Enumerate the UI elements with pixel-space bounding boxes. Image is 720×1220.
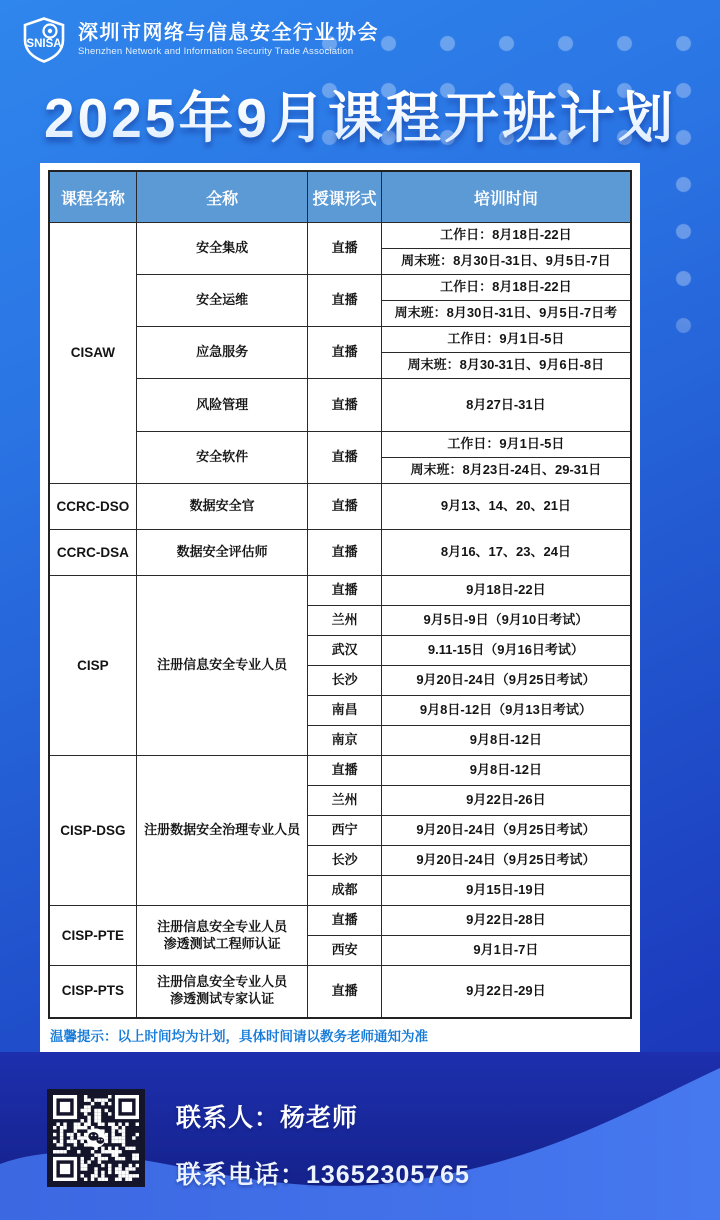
time-cell: 9月20日-24日（9月25日考试） [381,846,631,876]
time-cell: 周末班：8月30日-31日、9月5日-7日考 [381,301,631,327]
course-name-cell: 安全运维 [136,275,308,327]
time-cell: 工作日：8月18日-22日 [381,275,631,301]
course-name-cell: 注册信息安全专业人员 [136,576,308,756]
org-name-cn: 深圳市网络与信息安全行业协会 [78,22,379,45]
course-code-cell: CISAW [49,223,136,484]
format-cell: 直播 [308,275,381,327]
course-name-cell: 数据安全官 [136,484,308,530]
time-cell: 工作日：9月1日-5日 [381,327,631,353]
time-cell: 9月8日-12日 [381,756,631,786]
format-cell: 直播 [308,327,381,379]
table-row: CCRC-DSA数据安全评估师直播8月16、17、23、24日 [49,530,631,576]
table-row: 应急服务直播工作日：9月1日-5日 [49,327,631,353]
format-cell: 西宁 [308,816,381,846]
course-name-cell: 安全集成 [136,223,308,275]
qr-code [47,1089,145,1187]
contact-person: 联系人：杨老师 [176,1098,358,1134]
table-row: CCRC-DSO数据安全官直播9月13、14、20、21日 [49,484,631,530]
format-cell: 南京 [308,726,381,756]
course-code-cell: CISP-PTE [49,906,136,966]
brand-bar: SNISA 深圳市网络与信息安全行业协会 Shenzhen Network an… [20,16,379,64]
notice-text: 温馨提示：以上时间均为计划，具体时间请以教务老师通知为准 [48,1025,632,1045]
course-code-cell: CISP-DSG [49,756,136,906]
schedule-panel: 课程名称全称授课形式培训时间 CISAW安全集成直播工作日：8月18日-22日周… [40,163,640,1062]
time-cell: 周末班：8月30日-31日、9月5日-7日 [381,249,631,275]
column-header-3: 培训时间 [381,171,631,223]
format-cell: 直播 [308,576,381,606]
page-title: 2025年9月课程开班计划 [0,74,720,153]
time-cell: 9月22日-29日 [381,966,631,1018]
poster: SNISA 深圳市网络与信息安全行业协会 Shenzhen Network an… [0,0,720,1220]
format-cell: 直播 [308,432,381,484]
time-cell: 9月1日-7日 [381,936,631,966]
time-cell: 9月13、14、20、21日 [381,484,631,530]
format-cell: 武汉 [308,636,381,666]
table-row: CISAW安全集成直播工作日：8月18日-22日 [49,223,631,249]
snisa-shield-logo-icon: SNISA [20,16,68,64]
column-header-0: 课程名称 [49,171,136,223]
course-name-cell: 安全软件 [136,432,308,484]
course-code-cell: CCRC-DSO [49,484,136,530]
format-cell: 长沙 [308,846,381,876]
table-row: CISP注册信息安全专业人员直播9月18日-22日 [49,576,631,606]
course-code-cell: CCRC-DSA [49,530,136,576]
format-cell: 直播 [308,530,381,576]
course-name-cell: 注册信息安全专业人员渗透测试专家认证 [136,966,308,1018]
course-name-cell: 应急服务 [136,327,308,379]
org-name-en: Shenzhen Network and Information Securit… [78,47,379,58]
format-cell: 长沙 [308,666,381,696]
time-cell: 9月20日-24日（9月25日考试） [381,666,631,696]
time-cell: 9月5日-9日（9月10日考试） [381,606,631,636]
table-row: 安全软件直播工作日：9月1日-5日 [49,432,631,458]
time-cell: 周末班：8月23日-24日、29-31日 [381,458,631,484]
format-cell: 成都 [308,876,381,906]
time-cell: 9月22日-26日 [381,786,631,816]
table-header-row: 课程名称全称授课形式培训时间 [49,171,631,223]
format-cell: 直播 [308,906,381,936]
schedule-table: 课程名称全称授课形式培训时间 CISAW安全集成直播工作日：8月18日-22日周… [48,170,632,1019]
time-cell: 9月18日-22日 [381,576,631,606]
format-cell: 西安 [308,936,381,966]
format-cell: 直播 [308,966,381,1018]
course-name-cell: 注册数据安全治理专业人员 [136,756,308,906]
format-cell: 直播 [308,223,381,275]
format-cell: 直播 [308,379,381,432]
course-name-cell: 数据安全评估师 [136,530,308,576]
column-header-1: 全称 [136,171,308,223]
course-code-cell: CISP-PTS [49,966,136,1018]
table-row: CISP-PTS注册信息安全专业人员渗透测试专家认证直播9月22日-29日 [49,966,631,1018]
svg-text:SNISA: SNISA [26,38,61,50]
column-header-2: 授课形式 [308,171,381,223]
format-cell: 直播 [308,484,381,530]
time-cell: 9月20日-24日（9月25日考试） [381,816,631,846]
time-cell: 9月22日-28日 [381,906,631,936]
format-cell: 兰州 [308,786,381,816]
format-cell: 南昌 [308,696,381,726]
format-cell: 直播 [308,756,381,786]
time-cell: 工作日：9月1日-5日 [381,432,631,458]
time-cell: 9月8日-12日 [381,726,631,756]
format-cell: 兰州 [308,606,381,636]
table-row: CISP-PTE注册信息安全专业人员渗透测试工程师认证直播9月22日-28日 [49,906,631,936]
course-name-cell: 风险管理 [136,379,308,432]
course-name-cell: 注册信息安全专业人员渗透测试工程师认证 [136,906,308,966]
time-cell: 9.11-15日（9月16日考试） [381,636,631,666]
time-cell: 8月16、17、23、24日 [381,530,631,576]
table-row: CISP-DSG注册数据安全治理专业人员直播9月8日-12日 [49,756,631,786]
contact-phone: 联系电话：13652305765 [176,1155,470,1191]
time-cell: 周末班：8月30-31日、9月6日-8日 [381,353,631,379]
table-row: 风险管理直播8月27日-31日 [49,379,631,432]
time-cell: 9月15日-19日 [381,876,631,906]
table-row: 安全运维直播工作日：8月18日-22日 [49,275,631,301]
time-cell: 9月8日-12日（9月13日考试） [381,696,631,726]
time-cell: 8月27日-31日 [381,379,631,432]
wechat-icon [53,1095,139,1181]
course-code-cell: CISP [49,576,136,756]
time-cell: 工作日：8月18日-22日 [381,223,631,249]
